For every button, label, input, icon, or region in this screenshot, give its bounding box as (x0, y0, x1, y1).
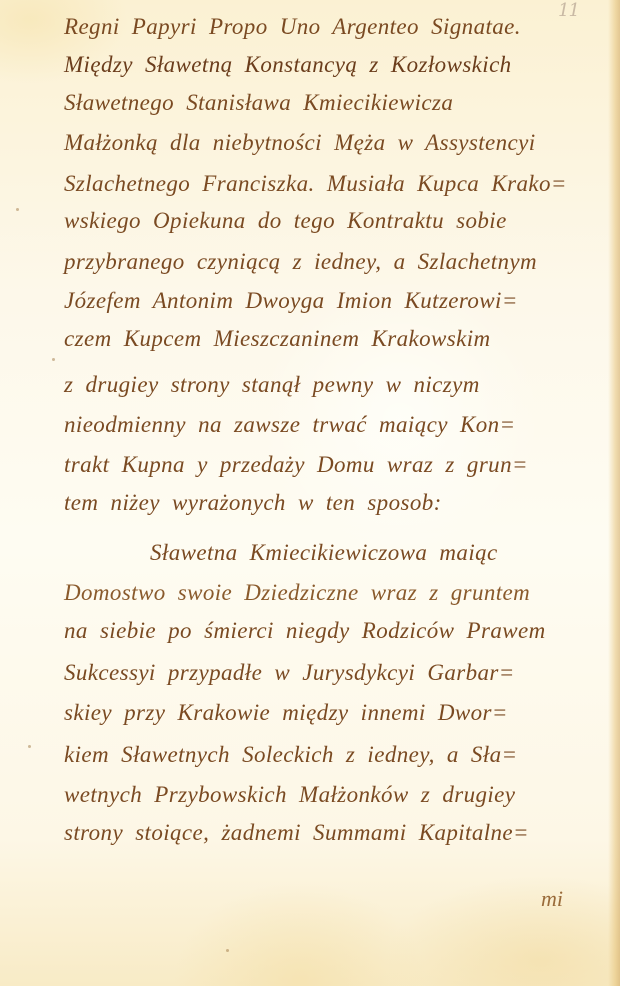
page-edge-stain (608, 0, 620, 986)
text-line-12: trakt Kupna y przedaży Domu wraz z grun= (64, 452, 528, 478)
text-line-19: kiem Sławetnych Soleckich z iedney, a Sł… (64, 742, 517, 768)
text-line-3: Sławetnego Stanisława Kmiecikiewicza (64, 90, 453, 116)
text-line-10: z drugiey strony stanął pewny w niczym (64, 372, 480, 398)
text-line-5: Szlachetnego Franciszka. Musiała Kupca K… (64, 171, 567, 197)
text-line-13: tem niżey wyrażonych w ten sposob: (64, 490, 442, 516)
text-line-2: Między Sławetną Konstancyą z Kozłowskich (64, 52, 512, 78)
text-line-21: strony stoiące, żadnemi Summami Kapitaln… (64, 820, 529, 846)
paper-speck (52, 358, 55, 361)
paper-speck (16, 208, 19, 211)
paper-speck (28, 745, 31, 748)
text-line-9: czem Kupcem Mieszczaninem Krakowskim (64, 326, 491, 352)
text-line-18: skiey przy Krakowie między innemi Dwor= (64, 700, 508, 726)
catchword: mi (541, 886, 563, 912)
text-line-20: wetnych Przybowskich Małżonków z drugiey (64, 782, 515, 808)
text-line-8: Józefem Antonim Dwoyga Imion Kutzerowi= (64, 288, 518, 314)
text-line-15: Domostwo swoie Dziedziczne wraz z grunte… (64, 580, 530, 606)
manuscript-page: 11 Regni Papyri Propo Uno Argenteo Signa… (0, 0, 620, 986)
folio-number: 11 (558, 0, 579, 21)
text-line-11: nieodmienny na zawsze trwać maiący Kon= (64, 412, 515, 438)
text-line-1: Regni Papyri Propo Uno Argenteo Signatae… (64, 14, 521, 40)
text-line-6: wskiego Opiekuna do tego Kontraktu sobie (64, 208, 507, 234)
paper-speck (226, 949, 229, 952)
text-line-7: przybranego czyniącą z iedney, a Szlache… (64, 249, 537, 275)
text-line-4: Małżonką dla niebytności Męża w Assysten… (64, 130, 536, 156)
text-line-16: na siebie po śmierci niegdy Rodziców Pra… (64, 618, 546, 644)
text-line-17: Sukcessyi przypadłe w Jurysdykcyi Garbar… (64, 660, 515, 686)
text-line-14-indented: Sławetna Kmiecikiewiczowa maiąc (150, 540, 498, 566)
